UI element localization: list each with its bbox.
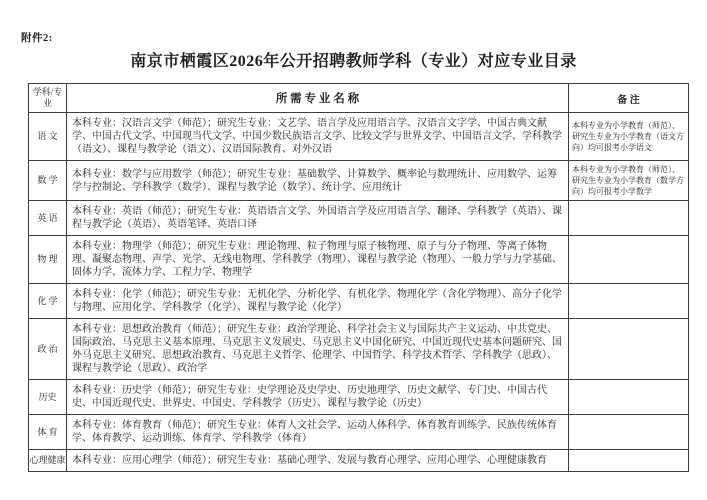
- majors-cell: 本科专业：数学与应用数学（师范）；研究生专业：基础数学、计算数学、概率论与数理统…: [67, 161, 569, 201]
- majors-table: 学科/专业 所 需 专 业 名 称 备 注 语 文 本科专业：汉语言文学（师范）…: [28, 83, 689, 472]
- subject-cell: 化 学: [29, 284, 67, 319]
- subject-cell: 物 理: [29, 236, 67, 284]
- table-row-history: 历史 本科专业：历史学（师范）；研究生专业：史学理论及史学史、历史地理学、历史文…: [29, 380, 689, 415]
- header-subject: 学科/专业: [29, 84, 67, 113]
- table-row-chinese: 语 文 本科专业：汉语言文学（师范）；研究生专业：文艺学、语言学及应用语言学、汉…: [29, 113, 689, 161]
- majors-cell: 本科专业：思想政治教育（师范）；研究生专业：政治学理论、科学社会主义与国际共产主…: [67, 319, 569, 380]
- remark-cell: 本科专业为小学教育（师范）、研究生专业为小学教育（数学方向）均可报考小学数学: [569, 161, 689, 201]
- subject-cell: 政 治: [29, 319, 67, 380]
- subject-cell: 心理健康: [29, 450, 67, 472]
- table-row-mental-health: 心理健康 本科专业：应用心理学（师范）；研究生专业：基础心理学、发展与教育心理学…: [29, 450, 689, 472]
- majors-cell: 本科专业：汉语言文学（师范）；研究生专业：文艺学、语言学及应用语言学、汉语言文字…: [67, 113, 569, 161]
- page-title: 南京市栖霞区2026年公开招聘教师学科（专业）对应专业目录: [0, 48, 707, 71]
- attachment-label: 附件2:: [21, 30, 53, 45]
- majors-cell: 本科专业：化学（师范）；研究生专业：无机化学、分析化学、有机化学、物理化学（含化…: [67, 284, 569, 319]
- remark-cell: [569, 284, 689, 319]
- remark-cell: [569, 450, 689, 472]
- majors-cell: 本科专业：英语（师范）；研究生专业：英语语言文学、外国语言学及应用语言学、翻译、…: [67, 201, 569, 236]
- remark-cell: [569, 380, 689, 415]
- subject-cell: 数 学: [29, 161, 67, 201]
- subject-cell: 语 文: [29, 113, 67, 161]
- subject-cell: 历史: [29, 380, 67, 415]
- table-header-row: 学科/专业 所 需 专 业 名 称 备 注: [29, 84, 689, 113]
- remark-cell: [569, 236, 689, 284]
- table-row-pe: 体 育 本科专业：体育教育（师范）；研究生专业：体育人文社会学、运动人体科学、体…: [29, 415, 689, 450]
- header-majors: 所 需 专 业 名 称: [67, 84, 569, 113]
- table-row-politics: 政 治 本科专业：思想政治教育（师范）；研究生专业：政治学理论、科学社会主义与国…: [29, 319, 689, 380]
- majors-cell: 本科专业：体育教育（师范）；研究生专业：体育人文社会学、运动人体科学、体育教育训…: [67, 415, 569, 450]
- majors-cell: 本科专业：历史学（师范）；研究生专业：史学理论及史学史、历史地理学、历史文献学、…: [67, 380, 569, 415]
- remark-cell: [569, 201, 689, 236]
- majors-cell: 本科专业：应用心理学（师范）；研究生专业：基础心理学、发展与教育心理学、应用心理…: [67, 450, 569, 472]
- subject-cell: 英 语: [29, 201, 67, 236]
- header-remark: 备 注: [569, 84, 689, 113]
- table-row-english: 英 语 本科专业：英语（师范）；研究生专业：英语语言文学、外国语言学及应用语言学…: [29, 201, 689, 236]
- table-row-math: 数 学 本科专业：数学与应用数学（师范）；研究生专业：基础数学、计算数学、概率论…: [29, 161, 689, 201]
- table-row-chemistry: 化 学 本科专业：化学（师范）；研究生专业：无机化学、分析化学、有机化学、物理化…: [29, 284, 689, 319]
- majors-cell: 本科专业：物理学（师范）；研究生专业：理论物理、粒子物理与原子核物理、原子与分子…: [67, 236, 569, 284]
- remark-cell: [569, 415, 689, 450]
- remark-cell: [569, 319, 689, 380]
- remark-cell: 本科专业为小学教育（师范）、研究生专业为小学教育（语文方向）均可报考小学语文: [569, 113, 689, 161]
- table-row-physics: 物 理 本科专业：物理学（师范）；研究生专业：理论物理、粒子物理与原子核物理、原…: [29, 236, 689, 284]
- subject-cell: 体 育: [29, 415, 67, 450]
- document-page: 附件2: 南京市栖霞区2026年公开招聘教师学科（专业）对应专业目录 学科/专业…: [0, 0, 707, 500]
